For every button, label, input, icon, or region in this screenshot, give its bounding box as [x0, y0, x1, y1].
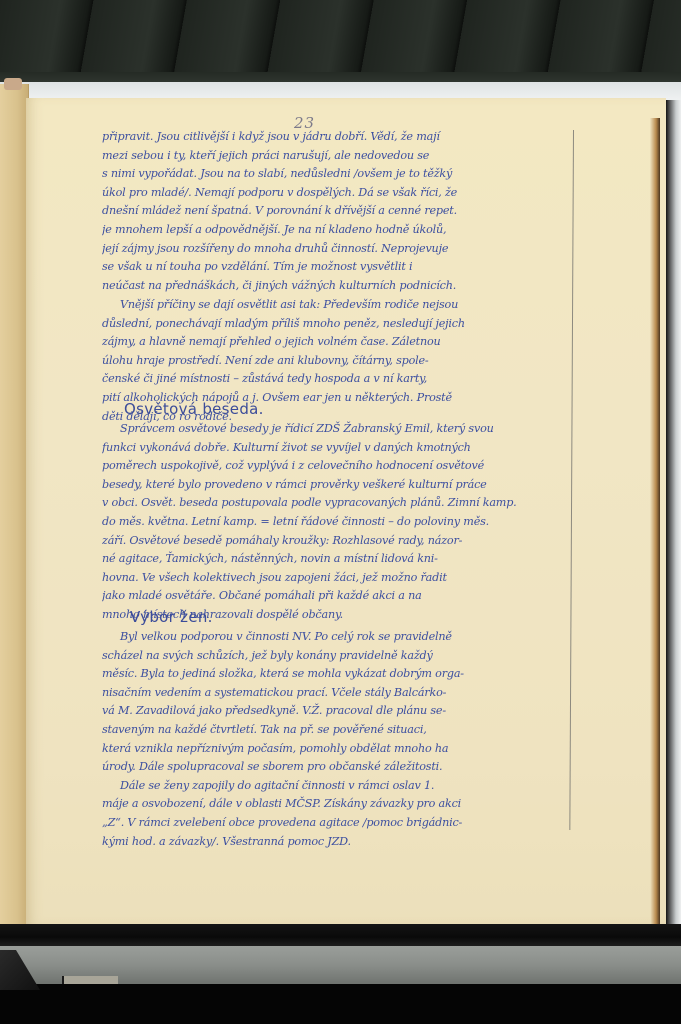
text-line: připravit. Jsou citlivější i když jsou v… [102, 128, 570, 147]
text-line: čenské či jiné místnosti – zůstává tedy … [102, 370, 570, 389]
text-line: Dále se ženy zapojily do agitační činnos… [102, 777, 570, 796]
text-line: dnešní mládež není špatná. V porovnání k… [102, 202, 570, 221]
text-line: měsíc. Byla to jediná složka, která se m… [102, 665, 570, 684]
text-line: její zájmy jsou rozšířeny do mnoha druhů… [102, 240, 570, 259]
text-line: zájmy, a hlavně nemají přehled o jejich … [102, 333, 570, 352]
text-line: Vnější příčiny se dají osvětlit asi tak:… [102, 296, 570, 315]
paragraph-1: připravit. Jsou citlivější i když jsou v… [102, 128, 570, 295]
section-heading-osvetova-beseda: Osvětová beseda. [124, 400, 264, 418]
background-wall [0, 0, 681, 92]
text-line: která vznikla nepříznivým počasím, pomoh… [102, 740, 570, 759]
text-line: mezi sebou i ty, kteří jejich práci naru… [102, 147, 570, 166]
text-line: jako mladé osvětáře. Občané pomáhali při… [102, 587, 570, 606]
text-line: staveným na každé čtvrtletí. Tak na př. … [102, 721, 570, 740]
text-line: „Z“. V rámci zvelebení obce provedena ag… [102, 814, 570, 833]
text-line: poměrech uspokojivě, což vyplývá i z cel… [102, 457, 570, 476]
text-line: září. Osvětové besedě pomáhaly kroužky: … [102, 532, 570, 551]
text-line: je mnohem lepší a odpovědnější. Je na ní… [102, 221, 570, 240]
text-line: Byl velkou podporou v činnosti NV. Po ce… [102, 628, 570, 647]
text-line: besedy, které bylo provedeno v rámci pro… [102, 476, 570, 495]
text-line: s nimi vypořádat. Jsou na to slabí, nedů… [102, 165, 570, 184]
frame-bottom-rail [0, 924, 681, 946]
binder-spine [0, 84, 29, 929]
text-line: né agitace, Ťamických, nástěnných, novin… [102, 550, 570, 569]
text-line: neúčast na přednáškách, či jiných vážnýc… [102, 277, 570, 296]
section-osvetova-beseda-text: Správcem osvětové besedy je řídicí ZDŠ Ž… [102, 420, 570, 625]
text-line: úlohu hraje prostředí. Není zde ani klub… [102, 352, 570, 371]
text-line: Správcem osvětové besedy je řídicí ZDŠ Ž… [102, 420, 570, 439]
text-line: se však u ní touha po vzdělání. Tím je m… [102, 258, 570, 277]
background-floor [0, 984, 681, 1024]
section-vybor-zen-text: Byl velkou podporou v činnosti NV. Po ce… [102, 628, 570, 851]
text-line: v obci. Osvět. beseda postupovala podle … [102, 494, 570, 513]
page-edge [650, 118, 660, 924]
text-line: hovna. Ve všech kolektivech jsou zapojen… [102, 569, 570, 588]
text-line: scházel na svých schůzích, jež byly koná… [102, 647, 570, 666]
text-line: kými hod. a závazky/. Všestranná pomoc J… [102, 833, 570, 852]
text-line: úkol pro mladé/. Nemají podporu v dospěl… [102, 184, 570, 203]
text-line: důslední, ponechávají mladým příliš mnoh… [102, 315, 570, 334]
section-heading-vybor-zen: Výbor žen. [130, 608, 213, 626]
text-line: úrody. Dále spolupracoval se sborem pro … [102, 758, 570, 777]
text-line: nisačním vedením a systematickou prací. … [102, 684, 570, 703]
text-line: funkci vykonává dobře. Kulturní život se… [102, 439, 570, 458]
text-line: máje a osvobození, dále v oblasti MČSP. … [102, 795, 570, 814]
text-line: do měs. května. Letní kamp. = letní řádo… [102, 513, 570, 532]
text-line: vá M. Zavadilová jako předsedkyně. V.Ž. … [102, 702, 570, 721]
